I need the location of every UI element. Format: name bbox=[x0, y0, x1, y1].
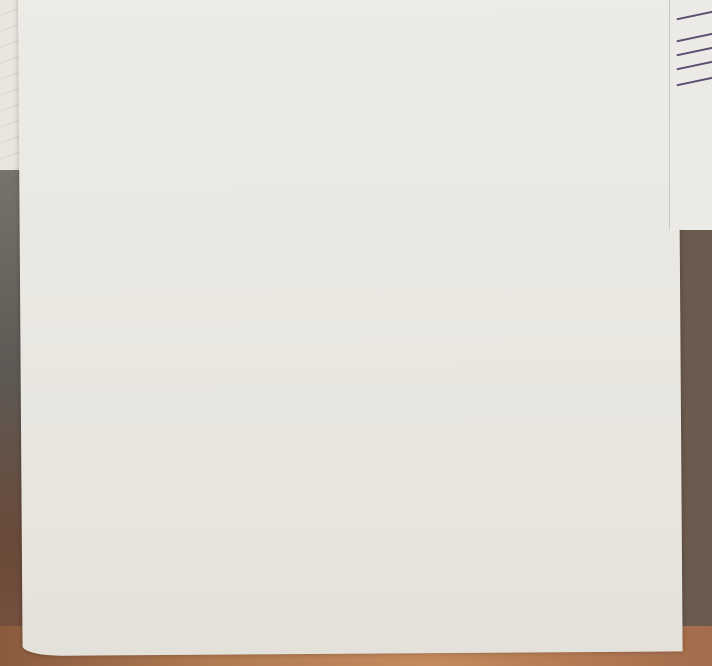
exam-content bbox=[0, 0, 712, 666]
